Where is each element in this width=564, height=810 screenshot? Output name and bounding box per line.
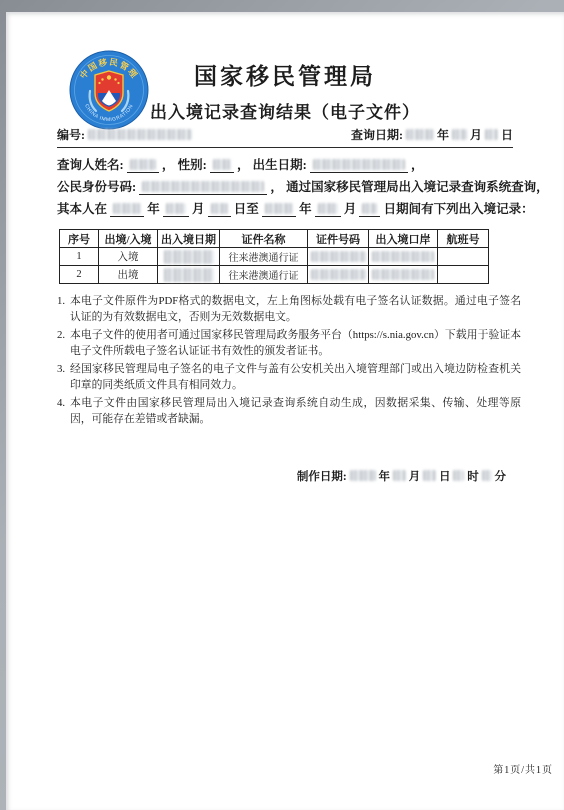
redacted-end-day bbox=[359, 203, 380, 217]
row-direction: 出境 bbox=[99, 266, 158, 284]
row-index: 2 bbox=[60, 266, 99, 284]
redacted-start-day bbox=[208, 203, 231, 217]
month-label: 月 bbox=[409, 471, 421, 483]
year-label: 年 bbox=[299, 202, 312, 216]
title-block: 国家移民管理局 出入境记录查询结果（电子文件） bbox=[6, 58, 564, 123]
intro-paragraph: 查询人姓名: ， 性别: ， 出生日期: ， 公民身份号码: ， 通过国家移民管… bbox=[57, 154, 526, 220]
redacted-made-month bbox=[393, 470, 406, 481]
redacted-query-year bbox=[406, 129, 434, 140]
meta-row: 编号: 查询日期: 年 月 日 bbox=[57, 126, 513, 148]
serial-label: 编号: bbox=[57, 128, 85, 142]
redacted-gender-field bbox=[210, 159, 234, 173]
note-text: 本电子文件由国家移民管理局出入境记录查询系统自动生成，因数据采集、传输、处理等原… bbox=[70, 397, 521, 425]
redacted-made-hour bbox=[453, 470, 464, 481]
redacted-made-day bbox=[423, 470, 436, 481]
day-label: 日 bbox=[439, 471, 451, 483]
document-page: 中国移民管理 CHINA IMMIGRATION 国家移民管理局 出入境记录查询… bbox=[6, 12, 564, 810]
day-label: 日 bbox=[501, 128, 513, 142]
row-direction: 入境 bbox=[99, 248, 158, 266]
birth-date-label: 出生日期: bbox=[253, 158, 307, 172]
row-doc-name: 往来港澳通行证 bbox=[220, 248, 308, 266]
redacted-row-port bbox=[369, 248, 438, 266]
table-header-row: 序号 出境/入境 出入境日期 证件名称 证件号码 出入境口岸 航班号 bbox=[60, 230, 489, 248]
intro-line-1: 查询人姓名: ， 性别: ， 出生日期: ， bbox=[57, 154, 526, 176]
name-label: 查询人姓名: bbox=[57, 158, 124, 172]
redacted-row-date bbox=[158, 266, 220, 284]
made-date-label: 制作日期: bbox=[297, 471, 347, 483]
note-number: 2. bbox=[57, 327, 65, 343]
day-to-label: 日至 bbox=[234, 202, 259, 216]
citizen-id-label: 公民身份号码: bbox=[57, 180, 136, 194]
note-item-2: 2. 本电子文件的使用者可通过国家移民管理局政务服务平台（https://s.n… bbox=[57, 327, 521, 359]
row-flight bbox=[438, 248, 489, 266]
redacted-made-minute bbox=[482, 470, 492, 481]
note-text: 本电子文件的使用者可通过国家移民管理局政务服务平台（https://s.nia.… bbox=[70, 329, 521, 357]
note-number: 4. bbox=[57, 395, 65, 411]
query-date-field: 查询日期: 年 月 日 bbox=[351, 126, 513, 143]
redacted-end-year bbox=[262, 203, 296, 217]
table-row: 2 出境 往来港澳通行证 bbox=[60, 266, 489, 284]
page-number: 第1页/共1页 bbox=[493, 761, 553, 776]
redacted-row-doc-number bbox=[308, 248, 369, 266]
page-title: 出入境记录查询结果（电子文件） bbox=[6, 98, 564, 123]
col-direction: 出境/入境 bbox=[99, 230, 158, 248]
year-label: 年 bbox=[147, 202, 160, 216]
redacted-serial-number bbox=[88, 129, 192, 140]
redacted-birth-date-field bbox=[310, 159, 408, 173]
entry-exit-records-table: 序号 出境/入境 出入境日期 证件名称 证件号码 出入境口岸 航班号 1 入境 … bbox=[59, 229, 489, 284]
year-label: 年 bbox=[379, 471, 391, 483]
redacted-query-month bbox=[452, 129, 467, 140]
minute-label: 分 bbox=[495, 471, 507, 483]
col-date: 出入境日期 bbox=[158, 230, 220, 248]
gender-label: 性别: bbox=[178, 158, 207, 172]
query-date-label: 查询日期: bbox=[351, 128, 403, 142]
note-number: 3. bbox=[57, 361, 65, 377]
intro-line-2: 公民身份号码: ， 通过国家移民管理局出入境记录查询系统查询， bbox=[57, 176, 526, 198]
row-doc-name: 往来港澳通行证 bbox=[220, 266, 308, 284]
note-text: 经国家移民管理局电子签名的电子文件与盖有公安机关出入境管理部门或出入境边防检查机… bbox=[70, 363, 521, 391]
notes-list: 1. 本电子文件原件为PDF格式的数据电文，左上角图标处载有电子签名认证数据。通… bbox=[57, 293, 521, 429]
col-doc-name: 证件名称 bbox=[220, 230, 308, 248]
redacted-row-port bbox=[369, 266, 438, 284]
col-index: 序号 bbox=[60, 230, 99, 248]
row-flight bbox=[438, 266, 489, 284]
note-item-1: 1. 本电子文件原件为PDF格式的数据电文，左上角图标处载有电子签名认证数据。通… bbox=[57, 293, 521, 325]
note-item-4: 4. 本电子文件由国家移民管理局出入境记录查询系统自动生成，因数据采集、传输、处… bbox=[57, 395, 521, 427]
intro-line-3: 其本人在 年 月 日至 年 月 日期间有下列出入境记录： bbox=[57, 198, 526, 220]
note-text: 本电子文件原件为PDF格式的数据电文，左上角图标处载有电子签名认证数据。通过电子… bbox=[70, 295, 521, 323]
col-flight: 航班号 bbox=[438, 230, 489, 248]
redacted-end-month bbox=[315, 203, 341, 217]
month-label: 月 bbox=[470, 128, 482, 142]
comma: ， bbox=[411, 158, 424, 172]
table-row: 1 入境 往来港澳通行证 bbox=[60, 248, 489, 266]
redacted-query-day bbox=[485, 129, 498, 140]
col-doc-number: 证件号码 bbox=[308, 230, 369, 248]
agency-name: 国家移民管理局 bbox=[6, 58, 564, 91]
note-number: 1. bbox=[57, 293, 65, 309]
range-prefix: 其本人在 bbox=[57, 202, 107, 216]
col-port: 出入境口岸 bbox=[369, 230, 438, 248]
redacted-made-year bbox=[350, 470, 376, 481]
query-system-text: 通过国家移民管理局出入境记录查询系统查询， bbox=[286, 180, 549, 194]
redacted-citizen-id-field bbox=[139, 181, 267, 195]
comma: ， bbox=[270, 180, 283, 194]
comma: ， bbox=[237, 158, 250, 172]
month-label: 月 bbox=[344, 202, 357, 216]
redacted-start-year bbox=[110, 203, 144, 217]
row-index: 1 bbox=[60, 248, 99, 266]
range-suffix: 日期间有下列出入境记录： bbox=[384, 202, 534, 216]
redacted-row-date bbox=[158, 248, 220, 266]
note-item-3: 3. 经国家移民管理局电子签名的电子文件与盖有公安机关出入境管理部门或出入境边防… bbox=[57, 361, 521, 393]
redacted-name-field bbox=[127, 159, 159, 173]
serial-field: 编号: bbox=[57, 126, 192, 143]
redacted-row-doc-number bbox=[308, 266, 369, 284]
comma: ， bbox=[162, 158, 175, 172]
month-label: 月 bbox=[192, 202, 205, 216]
hour-label: 时 bbox=[467, 471, 479, 483]
made-date-line: 制作日期: 年 月 日 时 分 bbox=[297, 468, 506, 484]
year-label: 年 bbox=[437, 128, 449, 142]
redacted-start-month bbox=[163, 203, 189, 217]
